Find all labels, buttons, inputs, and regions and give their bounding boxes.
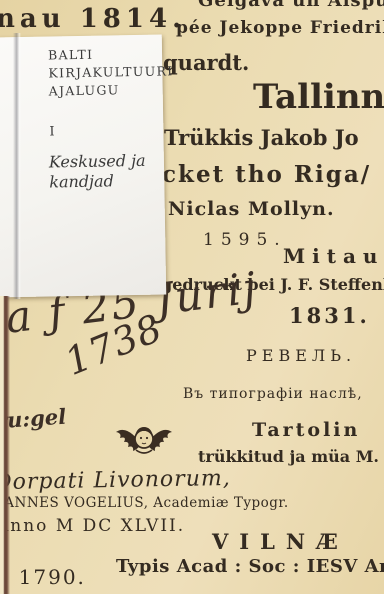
fragment-quardt: quardt.: [163, 52, 249, 73]
subtitle: Keskused ja kandjad: [49, 151, 146, 193]
cherub-ornament-icon: [112, 420, 176, 464]
fragment-tho-riga: cket tho Riga/: [162, 163, 371, 186]
fragment-niclas-mollyn: Niclas Mollyn.: [168, 200, 335, 219]
fragment-year-1595: 1595.: [203, 232, 287, 249]
fragment-pee-jekoppe: pée Jekoppe Friedrike: [176, 20, 384, 37]
book-hinge-groove: [13, 33, 21, 299]
series-title-line3: AJALUGU: [49, 81, 174, 101]
fragment-tallinna: Tallinna: [253, 80, 384, 114]
fragment-dorpati-livonorum: Dorpati Livonorum,: [0, 468, 231, 494]
fragment-trukkitud: trükkitud ja müa M. G. G: [198, 449, 384, 465]
volume-number: I: [49, 124, 55, 139]
handwriting-gel: ru:gel: [0, 406, 67, 432]
book-board-edge: [0, 296, 10, 594]
subtitle-line1: Keskused ja: [49, 151, 146, 173]
series-title-line2: KIRJAKULTUURI: [48, 62, 173, 82]
book-cover: nau 1814. Gelgava un Aispu pée Jekoppe F…: [0, 0, 384, 594]
spine-label: BALTI KIRJAKULTUURI AJALUGU I Keskused j…: [0, 35, 166, 298]
fragment-revel: РЕВЕЛЬ.: [246, 348, 356, 364]
series-title-line1: BALTI: [48, 44, 173, 64]
fragment-gelgava: Gelgava un Aispu: [198, 0, 384, 10]
series-title: BALTI KIRJAKULTUURI AJALUGU: [48, 44, 174, 101]
subtitle-line2: kandjad: [49, 171, 146, 193]
fragment-anno-mdcxlvii: Anno M DC XLVII.: [0, 518, 185, 535]
fragment-tartolin: Tartolin: [252, 421, 360, 440]
fragment-year-1790: a. 1790.: [0, 567, 86, 587]
fragment-vilnae: VILNÆ: [212, 531, 349, 552]
fragment-year-1831: 1831.: [289, 305, 370, 326]
fragment-nau-1814: nau 1814.: [0, 6, 186, 32]
fragment-tipografia: Въ типографіи наслѣ,: [183, 387, 363, 401]
fragment-trukkis-jakob: Trükkis Jakob Jo: [164, 127, 359, 148]
fragment-mitau: Mitau: [283, 246, 384, 266]
fragment-vogelius: HANNES VOGELIUS, Academiæ Typogr.: [0, 497, 289, 511]
fragment-typis-acad: Typis Acad : Soc : IESV Ann: [116, 558, 384, 576]
